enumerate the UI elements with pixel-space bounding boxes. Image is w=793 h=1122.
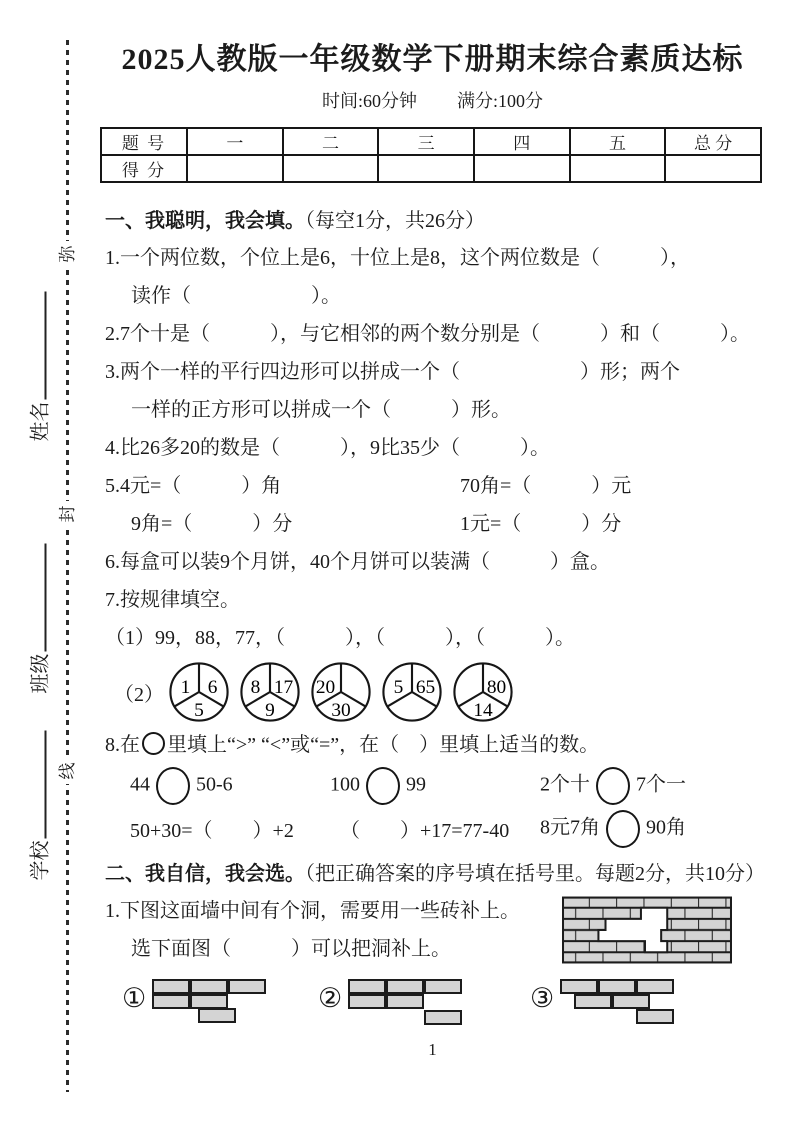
- part-2-label: （2）: [114, 678, 164, 707]
- class-field: 班级: [24, 529, 53, 709]
- circle-2-left: 8: [251, 677, 261, 698]
- q8-compare-3-circle: [596, 767, 630, 805]
- section-2-note: （把正确答案的序号填在括号里。每题2分，共10分）: [305, 863, 765, 885]
- score-cell-empty: [474, 155, 570, 182]
- question-7-part-1: （1）99，88，77，（ ），（ ），（ ）。: [100, 619, 765, 657]
- number-circle-4: 5 65: [381, 660, 443, 724]
- number-circle-1: 1 6 5: [168, 660, 230, 724]
- col-5: 五: [570, 128, 666, 155]
- q8-fill-1: 50+30=（ ）+2: [130, 814, 340, 843]
- qnum-label: 题 号: [101, 128, 187, 155]
- col-2: 二: [283, 128, 379, 155]
- option-2-brick-figure: [346, 978, 466, 1028]
- section-1-heading: 一、我聪明，我会填。（每空1分，共26分）: [100, 203, 765, 239]
- q8-compare-2-left: 100: [330, 773, 360, 795]
- score-table-score-row: 得 分: [101, 155, 761, 182]
- q8-compare-1-circle: [156, 767, 190, 805]
- col-1: 一: [187, 128, 283, 155]
- score-label: 得 分: [101, 155, 187, 182]
- time-limit: 时间:60分钟: [322, 91, 417, 111]
- circle-5-bottom: 14: [473, 700, 493, 721]
- col-total: 总 分: [665, 128, 761, 155]
- page-title: 2025人教版一年级数学下册期末综合素质达标: [100, 40, 765, 80]
- q8-compare-3-left: 2个十: [540, 773, 590, 795]
- option-2: ②: [318, 978, 530, 1028]
- q8-compare-3: 2个十7个一: [540, 767, 686, 805]
- question-2: 2.7个十是（ ），与它相邻的两个数分别是（ ）和（ ）。: [100, 315, 765, 353]
- circle-2-bottom: 9: [265, 700, 275, 721]
- q8-fill-2: （ ）+17=77-40: [340, 814, 540, 843]
- question-7-part-2: （2） 1 6 5 8 17 9: [100, 660, 765, 724]
- section-1-title: 一、我聪明，我会填。: [105, 210, 305, 232]
- question-5-row-2: 9角=（ ）分 1元=（ ）分: [100, 505, 765, 543]
- score-cell-empty: [378, 155, 474, 182]
- q5-yuan-to-jiao: 5.4元=（ ）角: [105, 467, 460, 505]
- school-field: 学校: [24, 716, 53, 896]
- q8-compare-3-right: 7个一: [636, 773, 686, 795]
- circle-3-left: 20: [316, 677, 335, 698]
- q8-text-before-circle: 8.在: [105, 734, 140, 756]
- circle-1-bottom: 5: [194, 700, 204, 721]
- col-3: 三: [378, 128, 474, 155]
- section-2-question-1: 1.下图这面墙中间有个洞，需要用一些砖补上。 选下面图（ ）可以把洞补上。: [100, 892, 765, 968]
- school-blank-line: [31, 731, 47, 839]
- seal-char-mi: 弥: [57, 241, 79, 267]
- q8-compare-1: 4450-6: [130, 767, 330, 805]
- option-3-brick-figure: [558, 978, 678, 1028]
- question-4: 4.比26多20的数是（ ），9比35少（ ）。: [100, 429, 765, 467]
- seal-dashed-line: [66, 40, 69, 1092]
- class-blank-line: [31, 544, 47, 652]
- brick-wall-with-hole-figure: [562, 896, 732, 964]
- option-1: ①: [122, 978, 318, 1028]
- exam-content: 2025人教版一年级数学下册期末综合素质达标 时间:60分钟满分:100分 题 …: [100, 40, 765, 1060]
- q8-inline-circle: [142, 732, 165, 755]
- seal-char-feng: 封: [57, 501, 79, 527]
- q8-compare-4-right: 90角: [646, 816, 686, 838]
- answer-options-row: ① ②: [100, 978, 765, 1028]
- q5-jiao-to-fen: 9角=（ ）分: [131, 505, 460, 543]
- exam-page: 弥 封 线 姓名 班级 学校 2025人教版一年级数学下册期末综合素质达标 时间…: [0, 0, 793, 1122]
- option-1-number: ①: [122, 983, 146, 1013]
- question-6: 6.每盒可以装9个月饼，40个月饼可以装满（ ）盒。: [100, 543, 765, 581]
- question-3-line-2: 一样的正方形可以拼成一个（ ）形。: [100, 391, 765, 429]
- q8-compare-1-right: 50-6: [196, 773, 233, 795]
- section-2-title: 二、我自信，我会选。: [105, 863, 305, 885]
- q8-text-after-circle: 里填上“>” “<”或“=”，在（ ）里填上适当的数。: [167, 734, 599, 756]
- option-3-number: ③: [530, 983, 554, 1013]
- number-circle-3: 20 30: [310, 660, 372, 724]
- option-1-brick-figure: [150, 978, 270, 1028]
- col-4: 四: [474, 128, 570, 155]
- option-2-number: ②: [318, 983, 342, 1013]
- name-field-label: 姓名: [30, 402, 52, 442]
- score-cell-empty: [187, 155, 283, 182]
- question-5-row-1: 5.4元=（ ）角 70角=（ ）元: [100, 467, 765, 505]
- circle-3-bottom: 30: [331, 700, 350, 721]
- question-1-line-1: 1.一个两位数，个位上是6，十位上是8，这个两位数是（ ），: [100, 239, 765, 277]
- exam-meta: 时间:60分钟满分:100分: [100, 88, 765, 114]
- number-circle-2: 8 17 9: [239, 660, 301, 724]
- score-cell-empty: [570, 155, 666, 182]
- q8-compare-4: 8元7角90角: [540, 810, 686, 848]
- circle-1-left: 1: [181, 677, 191, 698]
- section-2-heading: 二、我自信，我会选。（把正确答案的序号填在括号里。每题2分，共10分）: [100, 856, 765, 892]
- score-table: 题 号 一 二 三 四 五 总 分 得 分: [100, 127, 762, 183]
- score-cell-empty: [283, 155, 379, 182]
- q8-compare-2-right: 99: [406, 773, 426, 795]
- full-score: 满分:100分: [457, 91, 543, 111]
- circle-2-right: 17: [274, 677, 294, 698]
- seal-char-xian: 线: [57, 758, 79, 784]
- question-8-heading: 8.在里填上“>” “<”或“=”，在（ ）里填上适当的数。: [100, 726, 765, 764]
- q8-compare-2: 10099: [330, 767, 540, 805]
- name-field: 姓名: [24, 277, 53, 457]
- circle-4-right: 65: [416, 677, 435, 698]
- q8-compare-4-left: 8元7角: [540, 816, 600, 838]
- circle-5-right: 80: [487, 677, 506, 698]
- name-blank-line: [31, 292, 47, 400]
- number-circle-5: 80 14: [452, 660, 514, 724]
- q8-compare-2-circle: [366, 767, 400, 805]
- q5-yuan-to-fen: 1元=（ ）分: [460, 505, 621, 543]
- question-8-row-1: 4450-6 10099 2个十7个一: [100, 764, 765, 807]
- question-1-line-2: 读作（ ）。: [100, 277, 765, 315]
- school-field-label: 学校: [30, 841, 52, 881]
- score-table-header-row: 题 号 一 二 三 四 五 总 分: [101, 128, 761, 155]
- q8-compare-1-left: 44: [130, 773, 150, 795]
- question-7: 7.按规律填空。: [100, 581, 765, 619]
- page-number: 1: [100, 1040, 765, 1060]
- section-1-note: （每空1分，共26分）: [305, 210, 485, 232]
- q5-jiao-to-yuan: 70角=（ ）元: [460, 467, 631, 505]
- circle-1-right: 6: [208, 677, 218, 698]
- question-3-line-1: 3.两个一样的平行四边形可以拼成一个（ ）形；两个: [100, 353, 765, 391]
- q8-compare-4-circle: [606, 810, 640, 848]
- option-3: ③: [530, 978, 678, 1028]
- score-cell-empty: [665, 155, 761, 182]
- question-8-row-2: 50+30=（ ）+2 （ ）+17=77-40 8元7角90角: [100, 807, 765, 850]
- class-field-label: 班级: [30, 654, 52, 694]
- circle-4-left: 5: [394, 677, 404, 698]
